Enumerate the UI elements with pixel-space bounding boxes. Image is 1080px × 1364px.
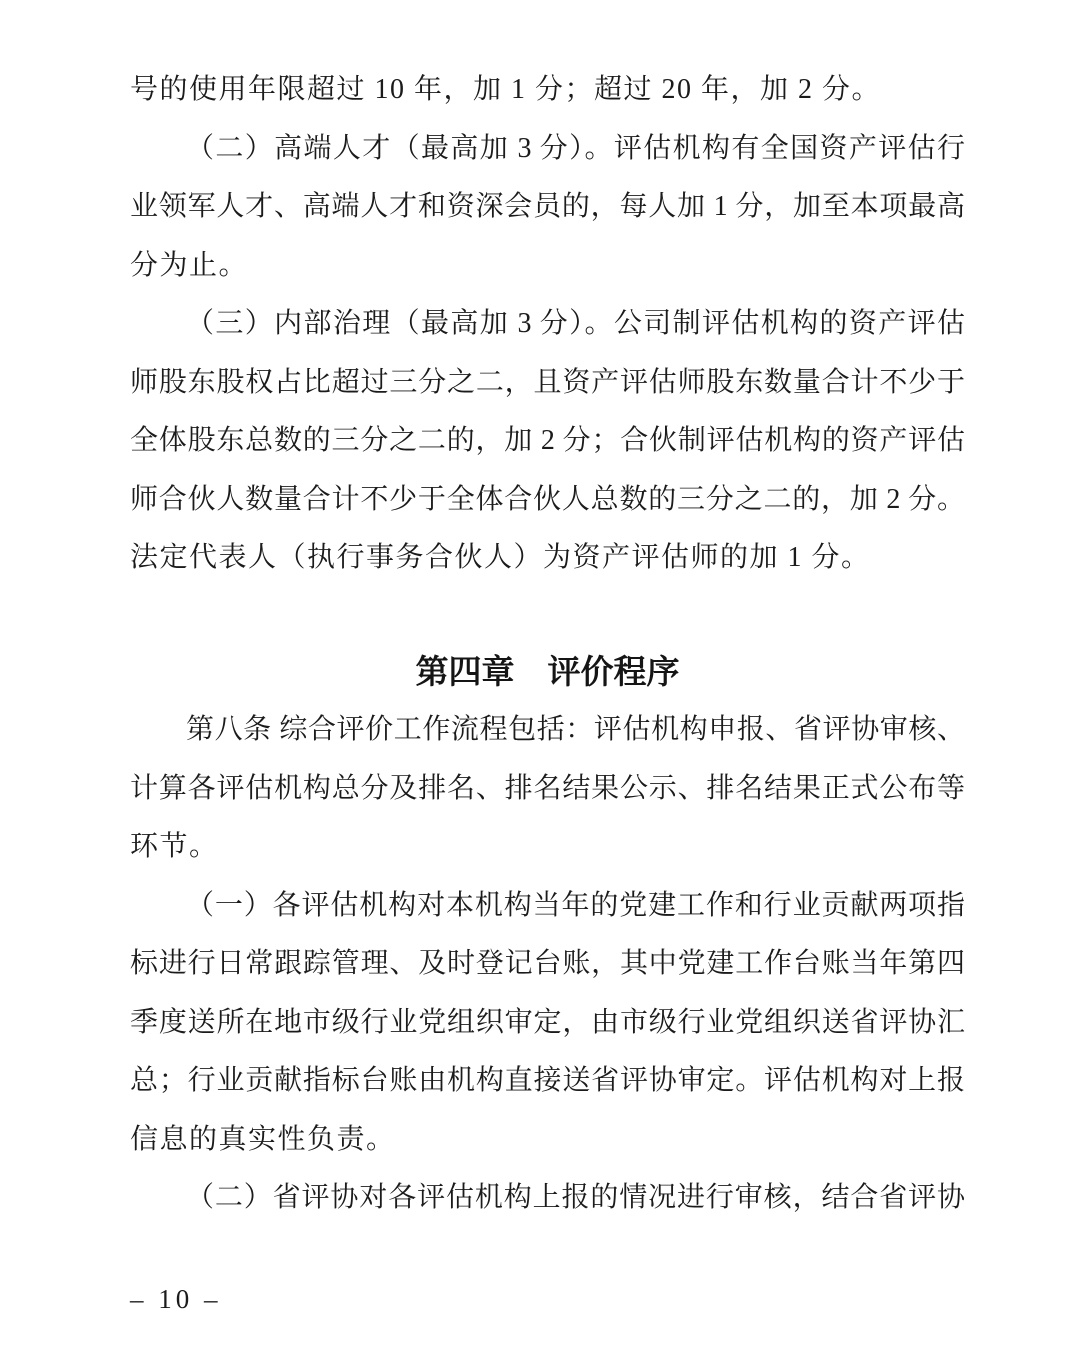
body-line: 分为止。 bbox=[130, 237, 965, 296]
page-number: – 10 – bbox=[130, 1284, 222, 1315]
body-line: 第八条 综合评价工作流程包括：评估机构申报、省评协审核、 bbox=[130, 701, 965, 760]
body-line: （二）省评协对各评估机构上报的情况进行审核，结合省评协 bbox=[130, 1169, 965, 1228]
body-line: （三）内部治理（最高加 3 分）。公司制评估机构的资产评估 bbox=[130, 295, 965, 354]
body-line: 总；行业贡献指标台账由机构直接送省评协审定。评估机构对上报 bbox=[130, 1052, 965, 1111]
body-line: 业领军人才、高端人才和资深会员的，每人加 1 分，加至本项最高 bbox=[130, 178, 965, 237]
body-line: （二）高端人才（最高加 3 分）。评估机构有全国资产评估行 bbox=[130, 120, 965, 179]
body-line: 法定代表人（执行事务合伙人）为资产评估师的加 1 分。 bbox=[130, 529, 965, 588]
body-line: 全体股东总数的三分之二的，加 2 分；合伙制评估机构的资产评估 bbox=[130, 412, 965, 471]
body-line: 标进行日常跟踪管理、及时登记台账，其中党建工作台账当年第四 bbox=[130, 935, 965, 994]
body-line: 计算各评估机构总分及排名、排名结果公示、排名结果正式公布等 bbox=[130, 760, 965, 819]
text-column: 号的使用年限超过 10 年，加 1 分；超过 20 年，加 2 分。 （二）高端… bbox=[130, 61, 965, 1228]
body-line: （一）各评估机构对本机构当年的党建工作和行业贡献两项指 bbox=[130, 877, 965, 936]
body-line: 季度送所在地市级行业党组织审定，由市级行业党组织送省评协汇 bbox=[130, 994, 965, 1053]
chapter-heading: 第四章 评价程序 bbox=[130, 643, 965, 702]
body-line: 环节。 bbox=[130, 818, 965, 877]
body-line: 师合伙人数量合计不少于全体合伙人总数的三分之二的，加 2 分。 bbox=[130, 471, 965, 530]
body-line: 号的使用年限超过 10 年，加 1 分；超过 20 年，加 2 分。 bbox=[130, 61, 965, 120]
document-page: 号的使用年限超过 10 年，加 1 分；超过 20 年，加 2 分。 （二）高端… bbox=[0, 0, 1080, 1364]
body-line: 师股东股权占比超过三分之二，且资产评估师股东数量合计不少于 bbox=[130, 354, 965, 413]
body-line: 信息的真实性负责。 bbox=[130, 1111, 965, 1170]
